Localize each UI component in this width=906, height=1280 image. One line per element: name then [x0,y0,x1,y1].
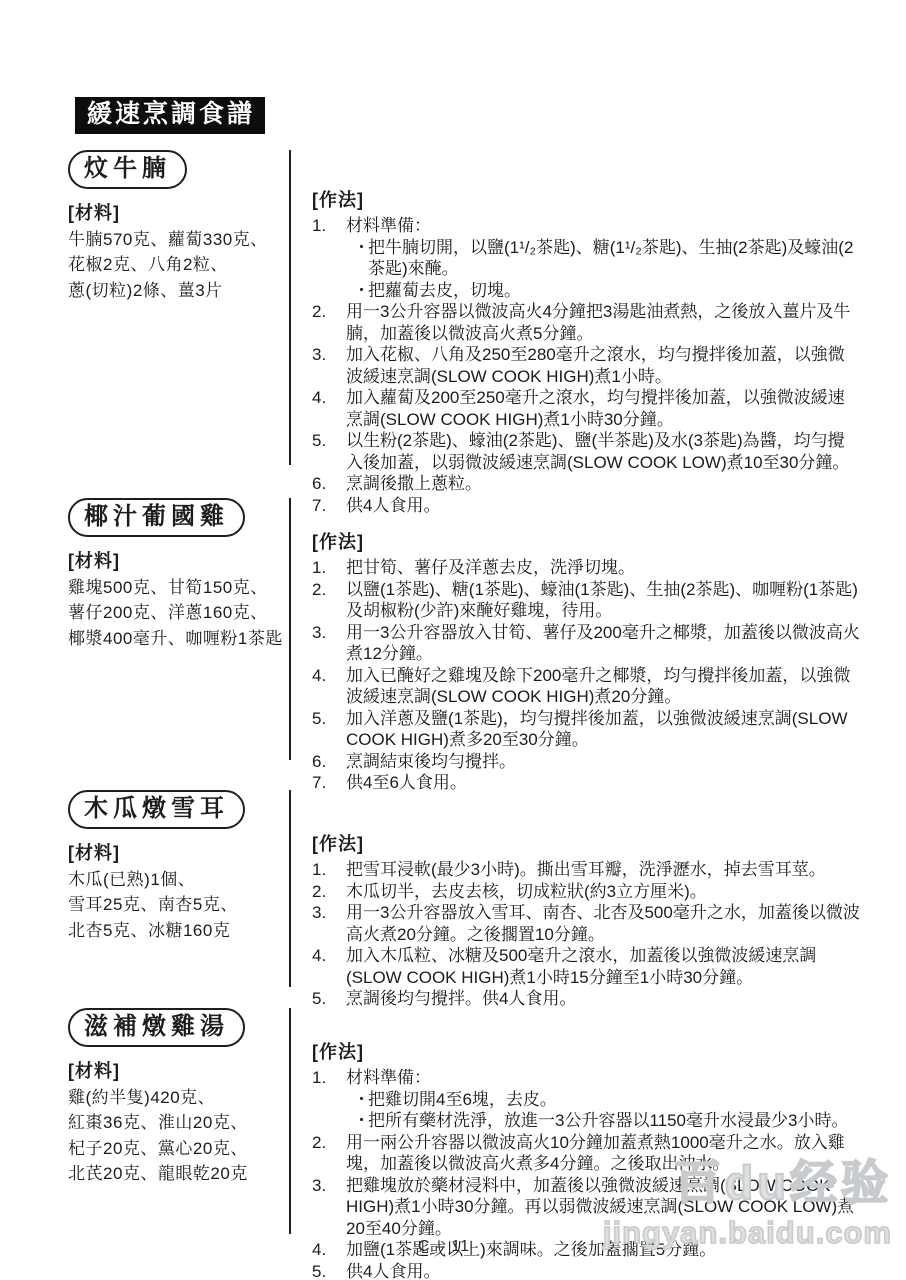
step-text: 材料準備：・把牛腩切開，以鹽(1¹/₂茶匙)、糖(1¹/₂茶匙)、生抽(2茶匙)… [346,215,860,301]
bullet-dot-icon: ・ [353,280,368,302]
method-step: 4.加入已醃好之雞塊及餘下200毫升之椰漿，均勻攪拌後加蓋，以強微波緩速烹調(S… [312,665,860,708]
step-sub-item: ・把牛腩切開，以鹽(1¹/₂茶匙)、糖(1¹/₂茶匙)、生抽(2茶匙)及蠔油(2… [346,237,860,280]
step-text: 以生粉(2茶匙)、蠔油(2茶匙)、鹽(半茶匙)及水(3茶匙)為醬，均勻攪入後加蓋… [346,430,860,473]
ingredient-line: 木瓜(已熟)1個、 [68,867,289,893]
method-column: [作法] 1.材料準備：・把牛腩切開，以鹽(1¹/₂茶匙)、糖(1¹/₂茶匙)、… [291,150,860,465]
step-text: 以鹽(1茶匙)、糖(1茶匙)、蠔油(1茶匙)、生抽(2茶匙)、咖喱粉(1茶匙)及… [346,579,860,622]
step-text: 用一3公升容器放入甘筍、薯仔及200毫升之椰漿，加蓋後以微波高火煮12分鐘。 [346,622,860,665]
method-step: 5.以生粉(2茶匙)、蠔油(2茶匙)、鹽(半茶匙)及水(3茶匙)為醬，均勻攪入後… [312,430,860,473]
ingredient-line: 北杏5克、冰糖160克 [68,918,289,944]
step-text: 加入蘿蔔及200至250毫升之滾水，均勻攪拌後加蓋，以強微波緩速烹調(SLOW … [346,387,860,430]
step-sub-item: ・把所有藥材洗淨，放進一3公升容器以1150毫升水浸最少3小時。 [346,1110,860,1132]
step-text-line: 把雞塊放於藥材浸料中，加蓋後以強微波緩速烹調(SLOW COOK HIGH)煮1… [346,1176,854,1238]
step-text-line: 材料準備： [346,216,431,235]
manual-page: 緩速烹調食譜 炆牛腩 [材料] 牛腩570克、蘿蔔330克、花椒2克、八角2粒、… [0,0,906,1280]
step-text-line: 木瓜切半，去皮去核，切成粒狀(約3立方厘米)。 [346,882,707,901]
method-step: 1.材料準備：・把雞切開4至6塊，去皮。・把所有藥材洗淨，放進一3公升容器以11… [312,1067,860,1132]
step-number: 1. [312,557,346,579]
step-text: 加入木瓜粒、冰糖及500毫升之滾水，加蓋後以強微波緩速烹調(SLOW COOK … [346,945,860,988]
recipe-section-braised-beef-brisket: 炆牛腩 [材料] 牛腩570克、蘿蔔330克、花椒2克、八角2粒、蔥(切粒)2條… [68,150,860,465]
step-text-line: 用一3公升容器以微波高火4分鐘把3湯匙油煮熱，之後放入薑片及牛腩，加蓋後以微波高… [346,302,850,343]
step-number: 6. [312,751,346,773]
step-text-line: 以鹽(1茶匙)、糖(1茶匙)、蠔油(1茶匙)、生抽(2茶匙)、咖喱粉(1茶匙)及… [346,580,858,621]
method-step: 2.木瓜切半，去皮去核，切成粒狀(約3立方厘米)。 [312,881,860,903]
ingredients-list: 雞(約半隻)420克、紅棗36克、淮山20克、杞子20克、黨心20克、北芪20克… [68,1085,289,1187]
step-number: 4. [312,665,346,708]
step-number: 4. [312,387,346,430]
step-text: 供4人食用。 [346,1261,860,1280]
method-label: [作法] [312,186,860,212]
page-number: C – 11 [418,1238,470,1256]
step-text-line: 加入木瓜粒、冰糖及500毫升之滾水，加蓋後以強微波緩速烹調(SLOW COOK … [346,946,816,987]
step-text: 加入花椒、八角及250至280毫升之滾水，均勻攪拌後加蓋，以強微波緩速烹調(SL… [346,344,860,387]
ingredient-line: 薯仔200克、洋蔥160克、 [68,600,289,626]
step-text-line: 以生粉(2茶匙)、蠔油(2茶匙)、鹽(半茶匙)及水(3茶匙)為醬，均勻攪入後加蓋… [346,431,849,472]
step-text: 把甘筍、薯仔及洋蔥去皮，洗淨切塊。 [346,557,860,579]
recipe-section-papaya-snow-fungus: 木瓜燉雪耳 [材料] 木瓜(已熟)1個、雪耳25克、南杏5克、北杏5克、冰糖16… [68,790,860,987]
method-step: 5.烹調後均勻攪拌。供4人食用。 [312,988,860,1010]
step-text: 把雞塊放於藥材浸料中，加蓋後以強微波緩速烹調(SLOW COOK HIGH)煮1… [346,1175,860,1240]
ingredients-label: [材料] [68,839,289,865]
step-text-line: 加入已醃好之雞塊及餘下200毫升之椰漿，均勻攪拌後加蓋，以強微波緩速烹調(SLO… [346,666,850,707]
method-step: 5.加入洋蔥及鹽(1茶匙)，均勻攪拌後加蓋，以強微波緩速烹調(SLOW COOK… [312,708,860,751]
step-text: 用一3公升容器放入雪耳、南杏、北杏及500毫升之水，加蓋後以微波高火煮20分鐘。… [346,902,860,945]
step-number: 2. [312,301,346,344]
step-text: 加入已醃好之雞塊及餘下200毫升之椰漿，均勻攪拌後加蓋，以強微波緩速烹調(SLO… [346,665,860,708]
step-number: 1. [312,859,346,881]
ingredient-line: 花椒2克、八角2粒、 [68,252,289,278]
step-number: 2. [312,881,346,903]
step-sub-text: 把雞切開4至6塊，去皮。 [368,1089,860,1111]
method-step: 6.烹調後撒上蔥粒。 [312,473,860,495]
page-footer: C – 11 [0,1238,906,1256]
step-text-line: 用一3公升容器放入雪耳、南杏、北杏及500毫升之水，加蓋後以微波高火煮20分鐘。… [346,903,860,944]
method-column: [作法] 1.材料準備：・把雞切開4至6塊，去皮。・把所有藥材洗淨，放進一3公升… [291,1008,860,1234]
method-step: 3.把雞塊放於藥材浸料中，加蓋後以強微波緩速烹調(SLOW COOK HIGH)… [312,1175,860,1240]
ingredient-line: 蔥(切粒)2條、薑3片 [68,278,289,304]
ingredients-column: 炆牛腩 [材料] 牛腩570克、蘿蔔330克、花椒2克、八角2粒、蔥(切粒)2條… [68,150,289,465]
method-steps: 1.把甘筍、薯仔及洋蔥去皮，洗淨切塊。2.以鹽(1茶匙)、糖(1茶匙)、蠔油(1… [312,557,860,794]
ingredient-line: 雞塊500克、甘筍150克、 [68,575,289,601]
section-header-label: 緩速烹調食譜 [87,100,255,128]
method-step: 2.用一兩公升容器以微波高火10分鐘加蓋煮熱1000毫升之水。放入雞塊，加蓋後以… [312,1132,860,1175]
ingredients-label: [材料] [68,1057,289,1083]
ingredient-line: 北芪20克、龍眼乾20克 [68,1161,289,1187]
method-step: 2.以鹽(1茶匙)、糖(1茶匙)、蠔油(1茶匙)、生抽(2茶匙)、咖喱粉(1茶匙… [312,579,860,622]
step-text-line: 材料準備： [346,1068,431,1087]
step-text-line: 加入花椒、八角及250至280毫升之滾水，均勻攪拌後加蓋，以強微波緩速烹調(SL… [346,345,845,386]
step-text: 加入洋蔥及鹽(1茶匙)，均勻攪拌後加蓋，以強微波緩速烹調(SLOW COOK H… [346,708,860,751]
step-text-line: 烹調後均勻攪拌。供4人食用。 [346,989,576,1008]
step-text: 烹調後撒上蔥粒。 [346,473,860,495]
step-number: 1. [312,215,346,301]
ingredient-line: 雪耳25克、南杏5克、 [68,892,289,918]
method-label: [作法] [312,830,860,856]
step-text-line: 烹調結束後均勻攪拌。 [346,752,516,771]
step-number: 3. [312,902,346,945]
ingredients-list: 雞塊500克、甘筍150克、薯仔200克、洋蔥160克、椰漿400毫升、咖喱粉1… [68,575,289,652]
ingredients-label: [材料] [68,547,289,573]
step-number: 3. [312,344,346,387]
recipe-title: 滋補燉雞湯 [68,1008,245,1047]
recipe-section-nourishing-chicken-soup: 滋補燉雞湯 [材料] 雞(約半隻)420克、紅棗36克、淮山20克、杞子20克、… [68,1008,860,1234]
bullet-dot-icon: ・ [353,237,368,280]
step-text-line: 把雪耳浸軟(最少3小時)。撕出雪耳瓣，洗淨瀝水，掉去雪耳莖。 [346,860,826,879]
step-text: 烹調後均勻攪拌。供4人食用。 [346,988,860,1010]
step-number: 4. [312,945,346,988]
step-text: 材料準備：・把雞切開4至6塊，去皮。・把所有藥材洗淨，放進一3公升容器以1150… [346,1067,860,1132]
ingredients-column: 椰汁葡國雞 [材料] 雞塊500克、甘筍150克、薯仔200克、洋蔥160克、椰… [68,498,289,760]
method-step: 1.材料準備：・把牛腩切開，以鹽(1¹/₂茶匙)、糖(1¹/₂茶匙)、生抽(2茶… [312,215,860,301]
method-step: 1.把甘筍、薯仔及洋蔥去皮，洗淨切塊。 [312,557,860,579]
step-number: 5. [312,430,346,473]
method-step: 2.用一3公升容器以微波高火4分鐘把3湯匙油煮熱，之後放入薑片及牛腩，加蓋後以微… [312,301,860,344]
step-text-line: 用一3公升容器放入甘筍、薯仔及200毫升之椰漿，加蓋後以微波高火煮12分鐘。 [346,623,860,664]
method-step: 3.用一3公升容器放入雪耳、南杏、北杏及500毫升之水，加蓋後以微波高火煮20分… [312,902,860,945]
recipe-title: 椰汁葡國雞 [68,498,245,537]
method-step: 4.加入木瓜粒、冰糖及500毫升之滾水，加蓋後以強微波緩速烹調(SLOW COO… [312,945,860,988]
ingredients-list: 牛腩570克、蘿蔔330克、花椒2克、八角2粒、蔥(切粒)2條、薑3片 [68,227,289,304]
step-text-line: 供4人食用。 [346,1262,440,1280]
step-text: 把雪耳浸軟(最少3小時)。撕出雪耳瓣，洗淨瀝水，掉去雪耳莖。 [346,859,860,881]
step-text-line: 加入蘿蔔及200至250毫升之滾水，均勻攪拌後加蓋，以強微波緩速烹調(SLOW … [346,388,845,429]
ingredients-column: 木瓜燉雪耳 [材料] 木瓜(已熟)1個、雪耳25克、南杏5克、北杏5克、冰糖16… [68,790,289,987]
step-text-line: 把甘筍、薯仔及洋蔥去皮，洗淨切塊。 [346,558,635,577]
method-step: 3.用一3公升容器放入甘筍、薯仔及200毫升之椰漿，加蓋後以微波高火煮12分鐘。 [312,622,860,665]
step-sub-text: 把蘿蔔去皮，切塊。 [368,280,860,302]
ingredient-line: 牛腩570克、蘿蔔330克、 [68,227,289,253]
ingredient-line: 紅棗36克、淮山20克、 [68,1110,289,1136]
method-step: 1.把雪耳浸軟(最少3小時)。撕出雪耳瓣，洗淨瀝水，掉去雪耳莖。 [312,859,860,881]
step-sub-text: 把所有藥材洗淨，放進一3公升容器以1150毫升水浸最少3小時。 [368,1110,860,1132]
step-text: 烹調結束後均勻攪拌。 [346,751,860,773]
step-text-line: 烹調後撒上蔥粒。 [346,474,482,493]
step-sub-item: ・把蘿蔔去皮，切塊。 [346,280,860,302]
step-text-line: 加入洋蔥及鹽(1茶匙)，均勻攪拌後加蓋，以強微波緩速烹調(SLOW COOK H… [346,709,848,750]
step-number: 6. [312,473,346,495]
ingredients-list: 木瓜(已熟)1個、雪耳25克、南杏5克、北杏5克、冰糖160克 [68,867,289,944]
step-text: 用一3公升容器以微波高火4分鐘把3湯匙油煮熱，之後放入薑片及牛腩，加蓋後以微波高… [346,301,860,344]
method-step: 3.加入花椒、八角及250至280毫升之滾水，均勻攪拌後加蓋，以強微波緩速烹調(… [312,344,860,387]
ingredients-column: 滋補燉雞湯 [材料] 雞(約半隻)420克、紅棗36克、淮山20克、杞子20克、… [68,1008,289,1234]
step-text: 用一兩公升容器以微波高火10分鐘加蓋煮熱1000毫升之水。放入雞塊，加蓋後以微波… [346,1132,860,1175]
method-steps: 1.材料準備：・把牛腩切開，以鹽(1¹/₂茶匙)、糖(1¹/₂茶匙)、生抽(2茶… [312,215,860,516]
method-step: 4.加入蘿蔔及200至250毫升之滾水，均勻攪拌後加蓋，以強微波緩速烹調(SLO… [312,387,860,430]
method-label: [作法] [312,528,860,554]
ingredient-line: 椰漿400毫升、咖喱粉1茶匙 [68,626,289,652]
recipe-title: 炆牛腩 [68,150,187,189]
step-sub-text: 把牛腩切開，以鹽(1¹/₂茶匙)、糖(1¹/₂茶匙)、生抽(2茶匙)及蠔油(2茶… [368,237,860,280]
recipe-title: 木瓜燉雪耳 [68,790,245,829]
ingredients-label: [材料] [68,199,289,225]
method-column: [作法] 1.把雪耳浸軟(最少3小時)。撕出雪耳瓣，洗淨瀝水，掉去雪耳莖。2.木… [291,790,860,987]
method-step: 5.供4人食用。 [312,1261,860,1280]
step-number: 2. [312,1132,346,1175]
step-text-line: 用一兩公升容器以微波高火10分鐘加蓋煮熱1000毫升之水。放入雞塊，加蓋後以微波… [346,1133,845,1174]
method-label: [作法] [312,1038,860,1064]
step-number: 5. [312,1261,346,1280]
step-text: 木瓜切半，去皮去核，切成粒狀(約3立方厘米)。 [346,881,860,903]
bullet-dot-icon: ・ [353,1089,368,1111]
ingredient-line: 杞子20克、黨心20克、 [68,1136,289,1162]
step-sub-item: ・把雞切開4至6塊，去皮。 [346,1089,860,1111]
step-number: 1. [312,1067,346,1132]
bullet-dot-icon: ・ [353,1110,368,1132]
method-step: 6.烹調結束後均勻攪拌。 [312,751,860,773]
method-column: [作法] 1.把甘筍、薯仔及洋蔥去皮，洗淨切塊。2.以鹽(1茶匙)、糖(1茶匙)… [291,498,860,760]
recipe-section-coconut-portuguese-chicken: 椰汁葡國雞 [材料] 雞塊500克、甘筍150克、薯仔200克、洋蔥160克、椰… [68,498,860,760]
step-number: 5. [312,708,346,751]
ingredient-line: 雞(約半隻)420克、 [68,1085,289,1111]
step-number: 3. [312,1175,346,1240]
step-number: 5. [312,988,346,1010]
step-number: 2. [312,579,346,622]
page-section-header: 緩速烹調食譜 [75,97,265,134]
method-steps: 1.把雪耳浸軟(最少3小時)。撕出雪耳瓣，洗淨瀝水，掉去雪耳莖。2.木瓜切半，去… [312,859,860,1010]
step-number: 3. [312,622,346,665]
